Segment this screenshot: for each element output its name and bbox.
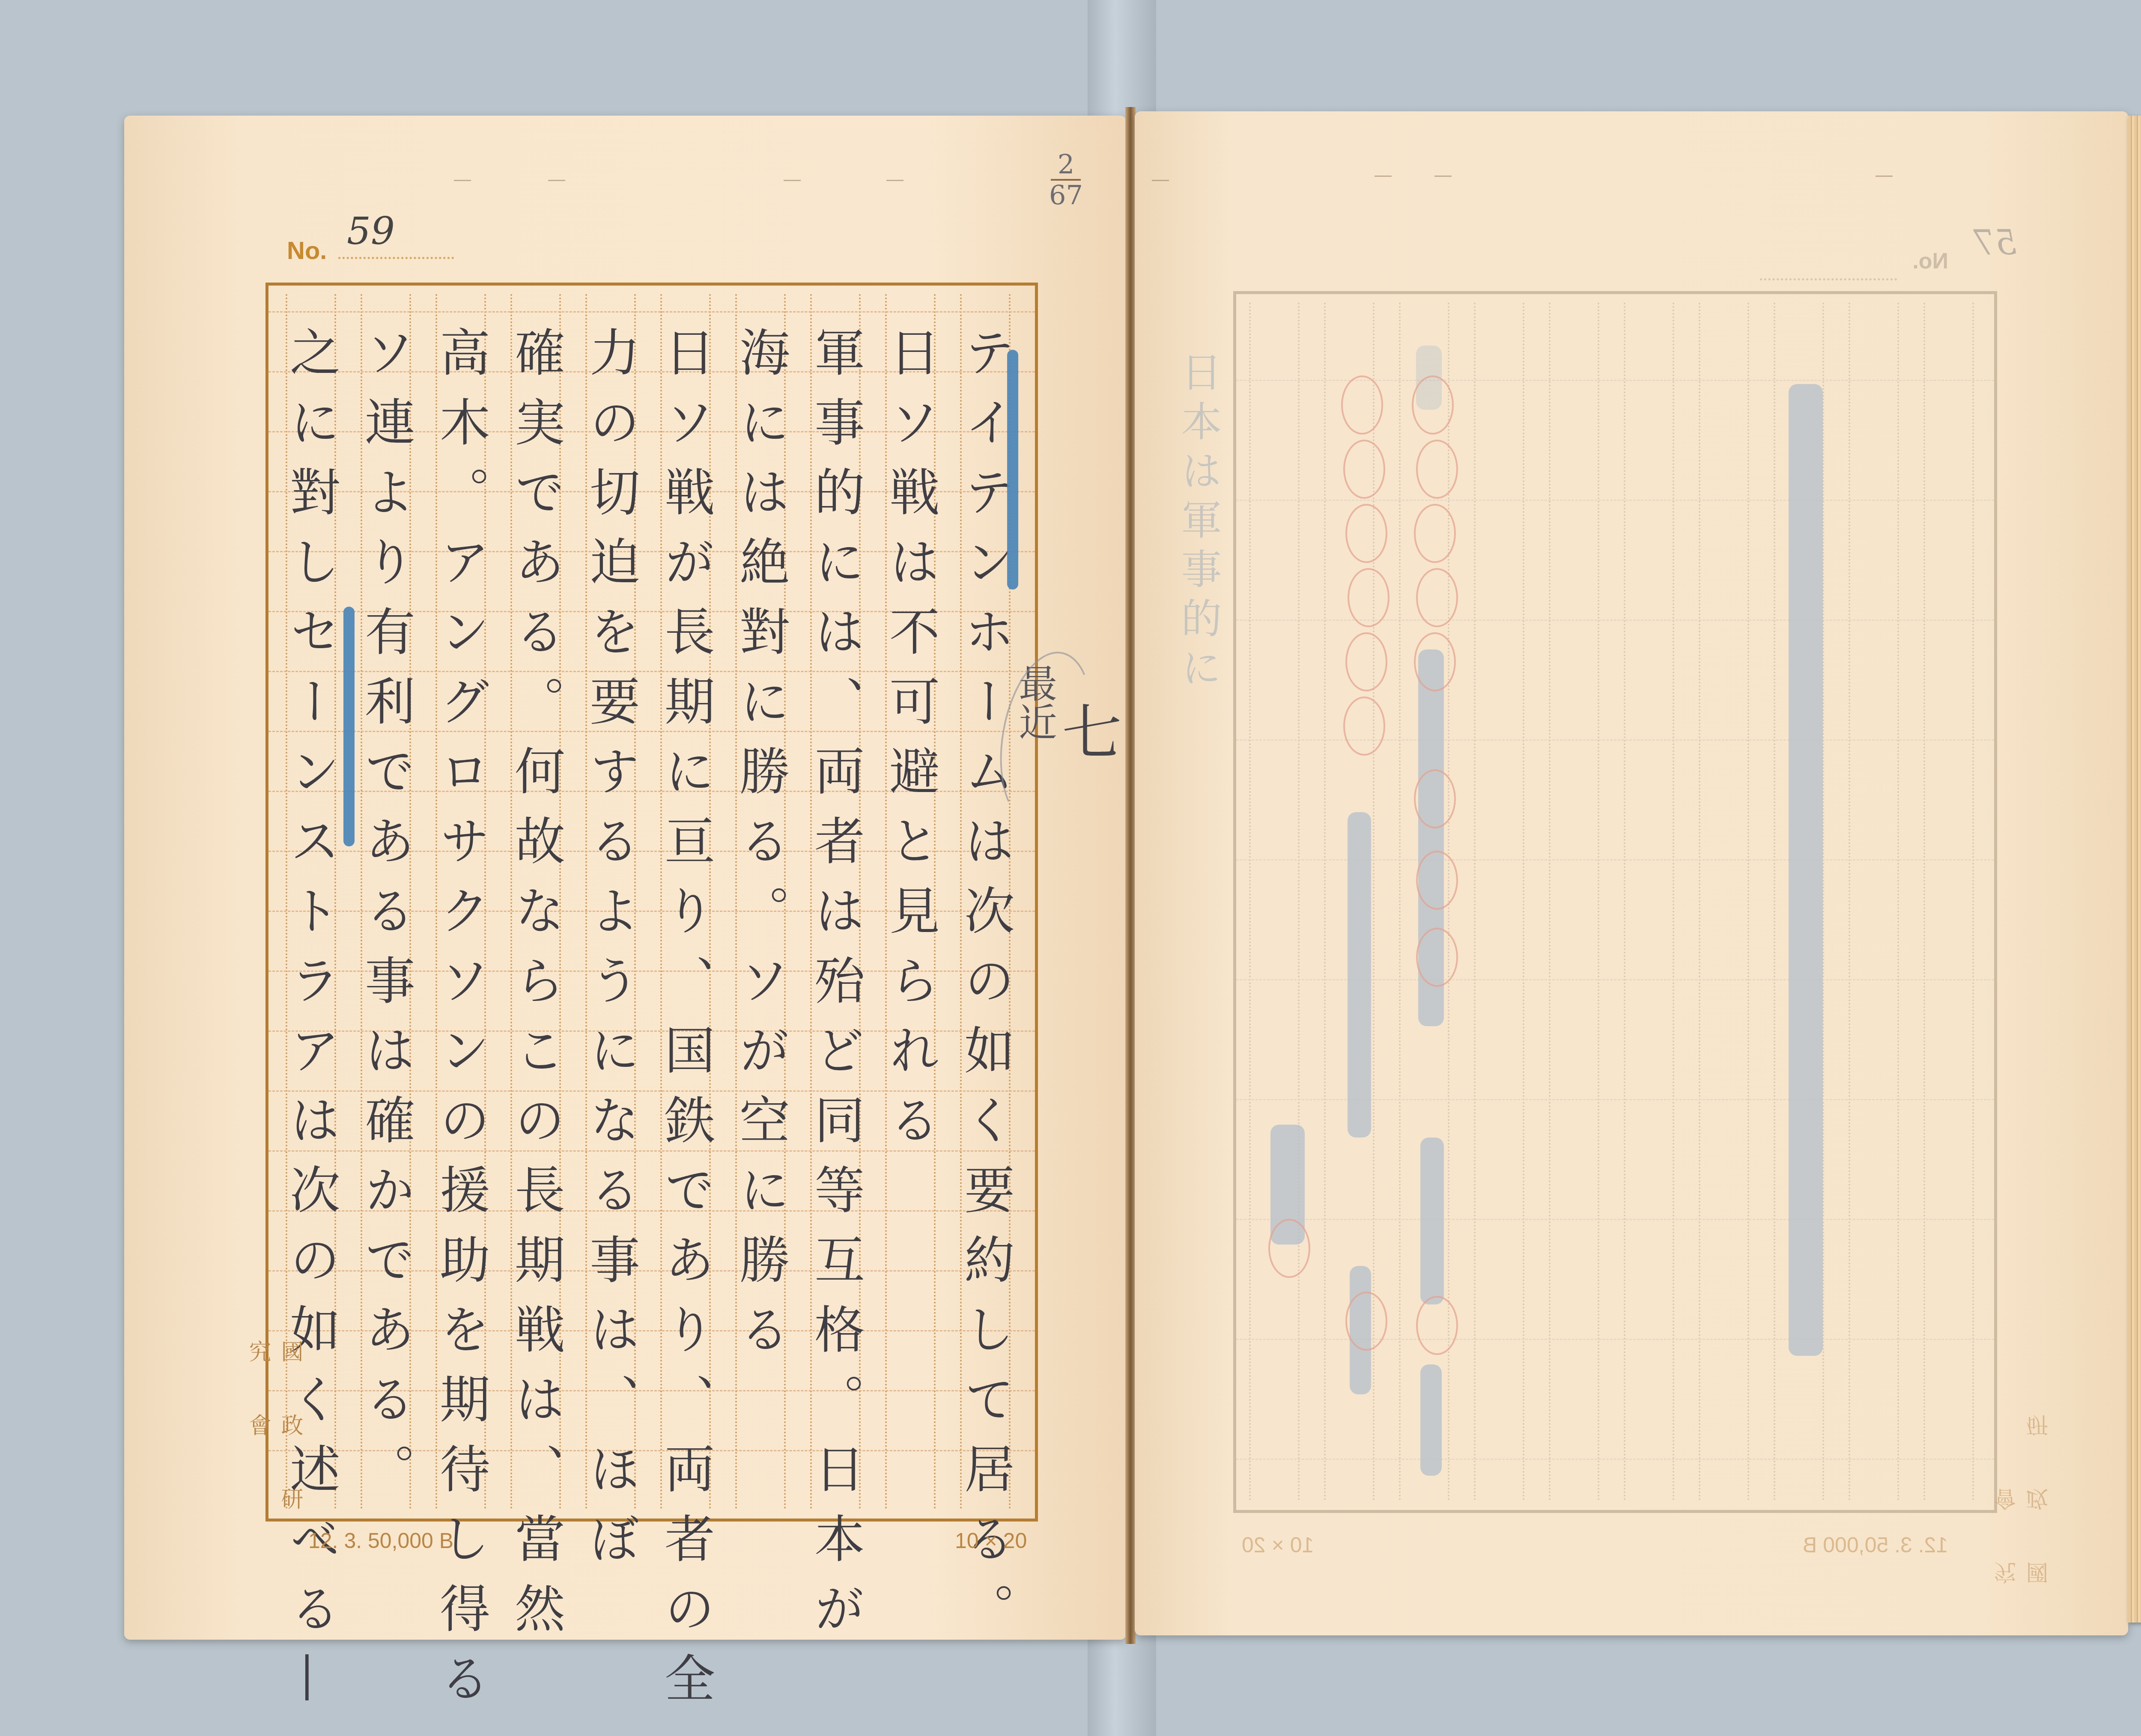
stitch-mark bbox=[1375, 176, 1392, 181]
book-spine bbox=[1125, 107, 1136, 1644]
red-circle-mark bbox=[1416, 928, 1458, 987]
red-circle-mark bbox=[1345, 1292, 1387, 1351]
mirrored-print-code: 12. 3. 50,000 B bbox=[1803, 1533, 1948, 1557]
red-circle-mark bbox=[1414, 769, 1456, 828]
blue-marker-bleed bbox=[1348, 812, 1371, 1137]
red-circle-mark bbox=[1345, 632, 1387, 691]
bleed-through-text: 日本は軍事的に bbox=[1169, 351, 1227, 696]
grid-column bbox=[1474, 303, 1524, 1501]
stitch-mark bbox=[1152, 180, 1169, 185]
red-circle-mark bbox=[1416, 1296, 1458, 1355]
publisher-imprint: 國政研究會 bbox=[242, 1340, 306, 1580]
mirrored-number-label: No. bbox=[1912, 248, 1948, 274]
grid-column bbox=[1249, 303, 1300, 1501]
handwritten-column-6: 力の切迫を要するようになる事は、ほぼ bbox=[585, 326, 636, 1582]
blue-pencil-mark bbox=[1007, 350, 1018, 590]
red-circle-mark bbox=[1268, 1219, 1310, 1278]
handwritten-column-3: 軍事的には、両者は殆ど同等互格。日本が bbox=[810, 326, 861, 1652]
grid-row-line bbox=[1236, 1219, 1994, 1220]
mirrored-publisher-imprint: 國政研究會 bbox=[1987, 1353, 2051, 1584]
grid-row-line bbox=[1236, 619, 1994, 621]
red-circle-mark bbox=[1416, 440, 1458, 499]
print-code: 12. 3. 50,000 B bbox=[308, 1528, 453, 1553]
red-circle-mark bbox=[1343, 697, 1385, 756]
stitch-mark bbox=[784, 180, 801, 185]
handwritten-column-4: 海には絶對に勝る。ソが空に勝る bbox=[735, 326, 786, 1373]
red-circle-mark bbox=[1343, 440, 1385, 499]
spine-fraction: 2 67 bbox=[1049, 150, 1083, 210]
stitch-mark bbox=[1876, 176, 1893, 181]
handwritten-column-8: 高木。アングロサクソンの援助を期待し得る bbox=[435, 326, 486, 1722]
blue-marker-bleed bbox=[1420, 1364, 1442, 1476]
blue-marker-bleed bbox=[1789, 384, 1823, 1356]
red-circle-mark bbox=[1348, 568, 1390, 627]
left-page: 2 67 No. 59 bbox=[124, 116, 1126, 1640]
mirrored-page-header: No. 57 bbox=[1901, 231, 2025, 283]
grid-column bbox=[1549, 303, 1599, 1501]
grid-row-line bbox=[268, 311, 1035, 313]
manuscript-grid: テイテンホームは次の如く要約して居る。 日ソ戦は不可避と見られる 軍事的には、両… bbox=[265, 283, 1038, 1522]
page-number-value: 59 bbox=[347, 209, 395, 253]
handwritten-column-2: 日ソ戦は不可避と見られる bbox=[885, 326, 936, 1164]
red-circle-mark bbox=[1414, 632, 1456, 691]
red-circle-mark bbox=[1414, 504, 1456, 563]
page-block-edge bbox=[2128, 116, 2141, 1623]
right-page: 日本は軍事的に No. 57 bbox=[1135, 111, 2128, 1635]
handwritten-column-9: ソ連より有利である事は確かである。 bbox=[361, 326, 411, 1513]
stitch-mark bbox=[548, 180, 565, 185]
red-circle-mark bbox=[1341, 375, 1383, 435]
page-number-label: No. bbox=[287, 236, 327, 265]
grid-spec: 10 × 20 bbox=[955, 1528, 1027, 1553]
grid-column bbox=[1923, 303, 1974, 1501]
stitch-mark bbox=[1434, 176, 1452, 181]
blue-marker-bleed bbox=[1420, 1137, 1444, 1304]
mirrored-number-value: 57 bbox=[1973, 223, 2017, 262]
fraction-numerator: 2 bbox=[1049, 150, 1083, 179]
page-number-line bbox=[338, 257, 454, 259]
mirrored-grid-spec: 10 × 20 bbox=[1242, 1533, 1314, 1557]
mirrored-manuscript-grid bbox=[1233, 291, 1997, 1513]
red-circle-mark bbox=[1412, 375, 1454, 435]
grid-column bbox=[1699, 303, 1749, 1501]
grid-column bbox=[1624, 303, 1674, 1501]
open-notebook: 2 67 No. 59 bbox=[120, 107, 2141, 1640]
grid-row-line bbox=[1236, 1459, 1994, 1460]
handwritten-column-1: テイテンホームは次の如く要約して居る。 bbox=[960, 326, 1011, 1652]
stitch-mark bbox=[454, 180, 471, 185]
fraction-denominator: 67 bbox=[1049, 181, 1083, 210]
handwritten-column-5: 日ソ戦が長期に亘り、国鉄であり、両者の全 bbox=[660, 326, 711, 1722]
red-circle-mark bbox=[1345, 504, 1387, 563]
grid-column bbox=[1849, 303, 1899, 1501]
page-number-line bbox=[1760, 278, 1897, 280]
red-circle-mark bbox=[1416, 851, 1458, 910]
handwritten-column-7: 確実である。何故ならこの長期戦は、當然 bbox=[510, 326, 561, 1652]
stitch-mark bbox=[886, 180, 904, 185]
grid-row-line bbox=[1236, 500, 1994, 501]
blue-pencil-mark bbox=[343, 607, 355, 846]
red-circle-mark bbox=[1416, 568, 1458, 627]
